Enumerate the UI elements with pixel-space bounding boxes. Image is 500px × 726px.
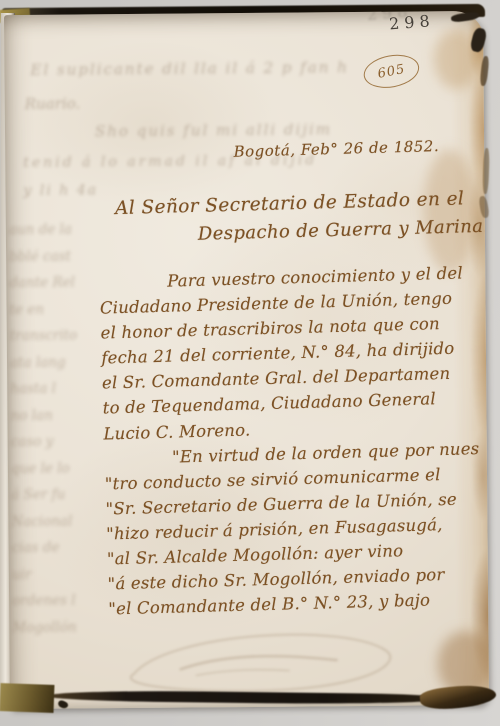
letter-body: Para vuestro conocimiento y el delCiudad… bbox=[99, 260, 481, 622]
ink-layer: 298 298 605 Bogotá, Feb° 26 de 1852. Al … bbox=[4, 11, 489, 709]
manuscript-page: El suplicante dil lla il á 2 p fan hRuar… bbox=[4, 11, 489, 709]
photo-backdrop: El suplicante dil lla il á 2 p fan hRuar… bbox=[0, 0, 500, 726]
index-number: 605 bbox=[376, 61, 406, 81]
dateline: Bogotá, Feb° 26 de 1852. bbox=[233, 137, 439, 161]
folio-number: 298 bbox=[389, 11, 436, 34]
salutation-line-1: Al Señor Secretario de Estado en el bbox=[115, 188, 465, 219]
salutation-line-2: Despacho de Guerra y Marina. bbox=[198, 216, 489, 245]
binding-fray bbox=[482, 148, 490, 194]
cover-corner-bottom-left bbox=[0, 683, 54, 713]
index-number-oval: 605 bbox=[361, 50, 422, 92]
